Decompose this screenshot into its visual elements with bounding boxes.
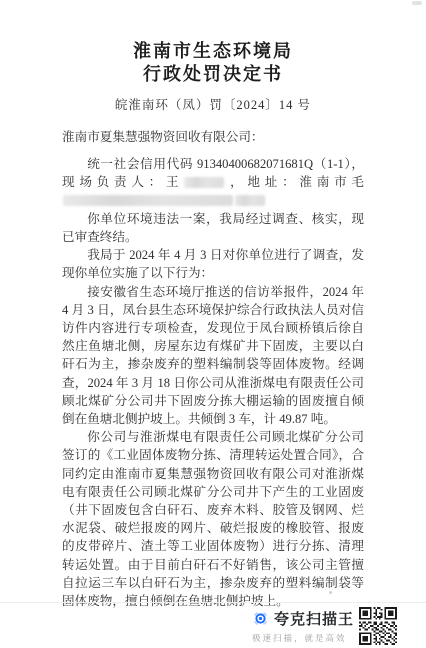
quark-scanner-logo-icon: [252, 610, 269, 627]
document-title-line1: 淮南市生态环境局: [0, 40, 426, 63]
paragraph-credit-info: 统一社会信用代码 91340400682071681Q（1-1），现场负责人：王…: [62, 155, 364, 210]
watermark-text-column: 夸克扫描王 极速扫描，就是高效: [252, 608, 354, 644]
watermark-app-name: 夸克扫描王: [274, 608, 354, 629]
scan-artifact-dot: [329, 591, 332, 594]
scanned-document-page: 淮南市生态环境局 行政处罚决定书 皖淮南环（凤）罚〔2024〕14 号 淮南市夏…: [0, 0, 426, 648]
document-title-line2: 行政处罚决定书: [0, 63, 426, 86]
qr-code: [359, 607, 397, 645]
paragraph-case-status: 你单位环境违法一案，我局经过调查、核实，现已审查终结。: [62, 210, 364, 246]
document-number: 皖淮南环（凤）罚〔2024〕14 号: [0, 95, 426, 113]
redacted-address-continued: [235, 195, 265, 206]
recipient-company-name: 淮南市夏集慧强物资回收有限公司：: [62, 128, 364, 146]
document-title: 淮南市生态环境局 行政处罚决定书: [0, 40, 426, 86]
paragraph-investigation-date: 我局于 2024 年 4 月 3 日对你单位进行了调查，发现你单位实施了以下行为…: [62, 246, 364, 282]
paragraph-findings: 接安徽省生态环境厅推送的信访举报件，2024 年 4 月 3 日，凤台县生态环境…: [62, 283, 364, 429]
footer-divider: [0, 602, 426, 603]
redacted-address: [63, 195, 233, 206]
watermark-tagline: 极速扫描，就是高效: [252, 632, 354, 644]
scan-artifact-smudge: [412, 1, 422, 5]
document-body: 淮南市夏集慧强物资回收有限公司： 统一社会信用代码 91340400682071…: [62, 128, 364, 610]
paragraph-contract-details: 你公司与淮浙煤电有限责任公司顾北煤矿分公司签订的《工业固体废物分拣、清理转运处置…: [62, 428, 364, 610]
scanner-app-watermark: 夸克扫描王 极速扫描，就是高效: [252, 607, 397, 645]
redacted-person-name: [184, 177, 224, 188]
